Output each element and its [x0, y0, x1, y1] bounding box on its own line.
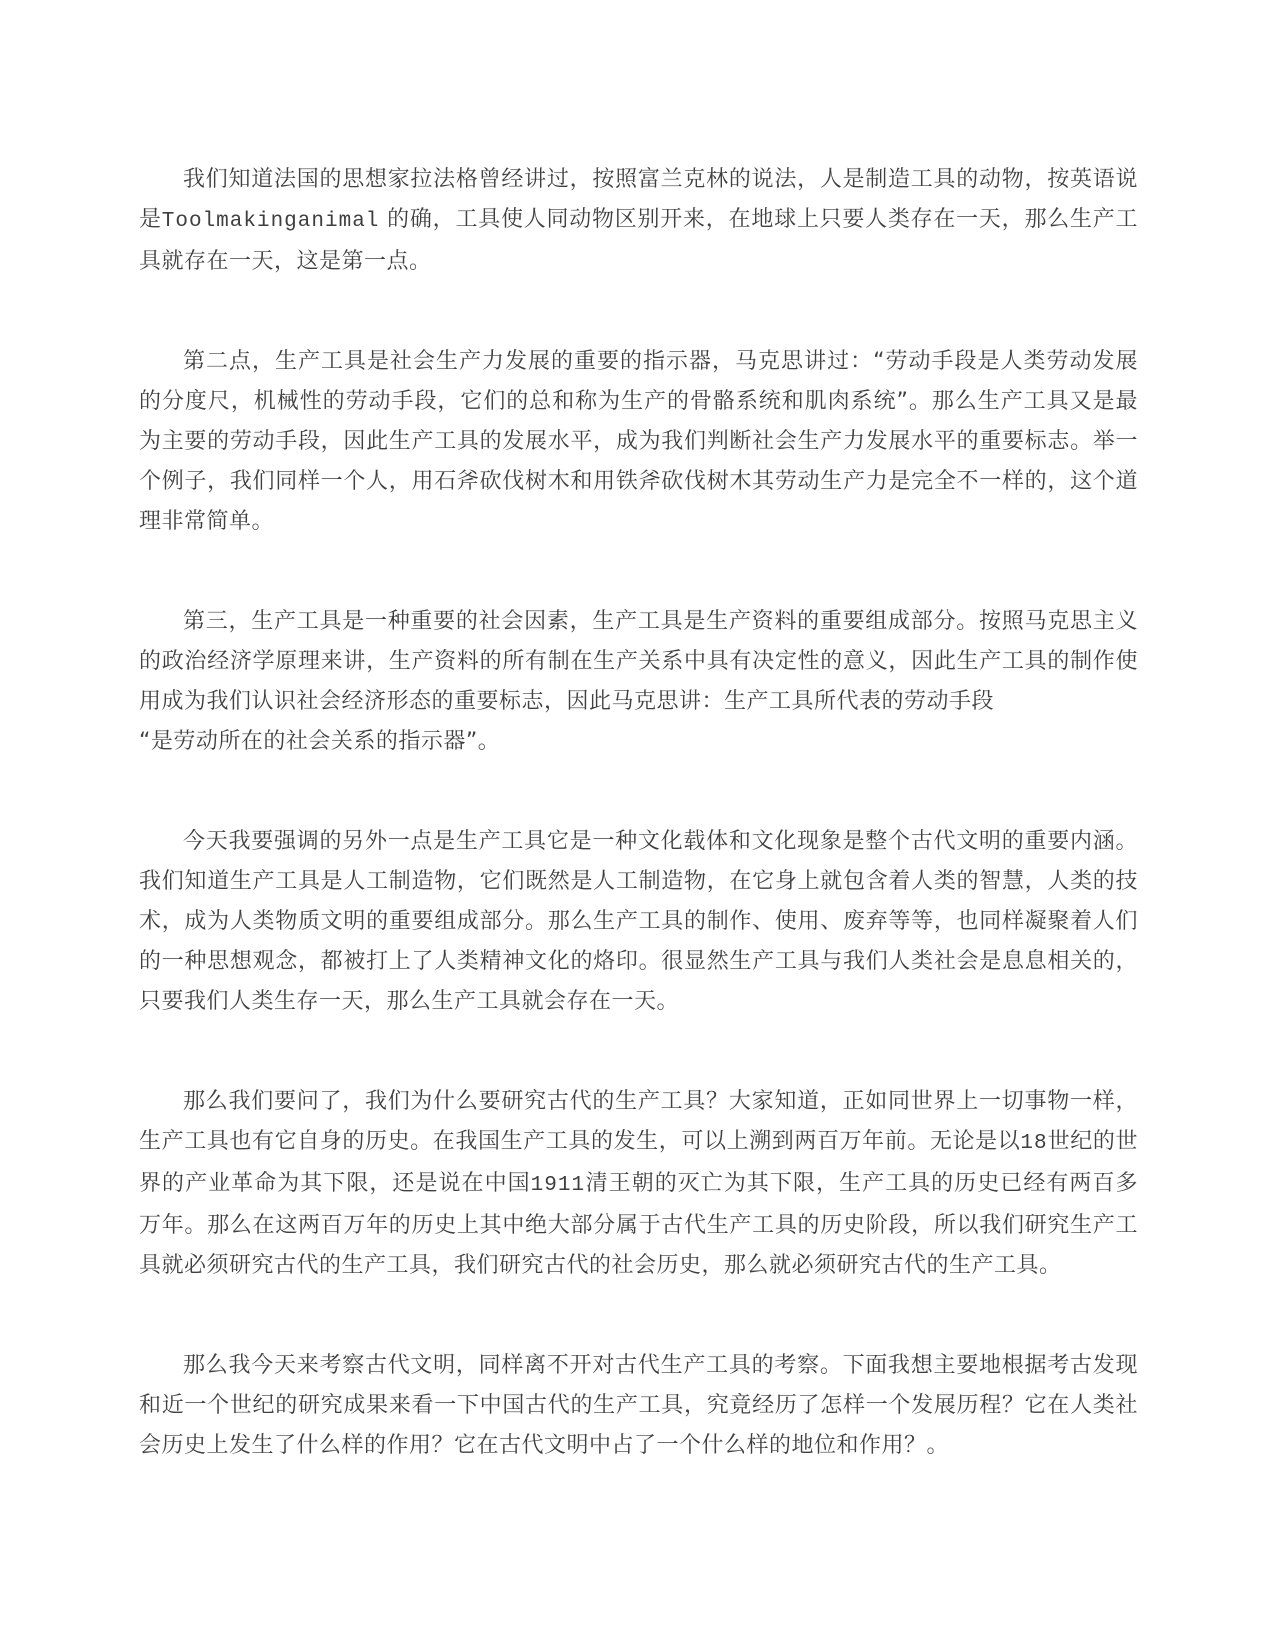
paragraph-4: 今天我要强调的另外一点是生产工具它是一种文化载体和文化现象是整个古代文明的重要内… [139, 822, 1138, 1022]
paragraph-4-text: 今天我要强调的另外一点是生产工具它是一种文化载体和文化现象是整个古代文明的重要内… [139, 829, 1138, 1014]
paragraph-5: 那么我们要问了，我们为什么要研究古代的生产工具？大家知道，正如同世界上一切事物一… [139, 1082, 1138, 1286]
paragraph-5-number-1911: 1911 [531, 1174, 585, 1197]
document-page: 我们知道法国的思想家拉法格曾经讲过，按照富兰克林的说法，人是制造工具的动物，按英… [0, 0, 1275, 1650]
paragraph-2: 第二点，生产工具是社会生产力发展的重要的指示器，马克思讲过：“劳动手段是人类劳动… [139, 342, 1138, 542]
paragraph-6-text: 那么我今天来考察古代文明，同样离不开对古代生产工具的考察。下面我想主要地根据考古… [139, 1353, 1138, 1458]
document-body: 我们知道法国的思想家拉法格曾经讲过，按照富兰克林的说法，人是制造工具的动物，按英… [139, 160, 1138, 1466]
paragraph-5-number-18: 18 [1020, 1132, 1047, 1155]
paragraph-5-text-1: 那么我们要问了，我们为什么要研究古代的生产工具？大家知道，正如同世界上一切事物一… [139, 1089, 1138, 1154]
paragraph-3-text-main: 第三，生产工具是一种重要的社会因素，生产工具是生产资料的重要组成部分。按照马克思… [139, 609, 1138, 714]
paragraph-1: 我们知道法国的思想家拉法格曾经讲过，按照富兰克林的说法，人是制造工具的动物，按英… [139, 160, 1138, 282]
paragraph-2-text: 第二点，生产工具是社会生产力发展的重要的指示器，马克思讲过：“劳动手段是人类劳动… [139, 349, 1138, 534]
paragraph-1-latin-term: Toolmakinganimal [162, 210, 380, 233]
paragraph-6: 那么我今天来考察古代文明，同样离不开对古代生产工具的考察。下面我想主要地根据考古… [139, 1346, 1138, 1466]
paragraph-3-quote-line: “是劳动所在的社会关系的指示器”。 [139, 729, 500, 754]
paragraph-3: 第三，生产工具是一种重要的社会因素，生产工具是生产资料的重要组成部分。按照马克思… [139, 602, 1138, 762]
